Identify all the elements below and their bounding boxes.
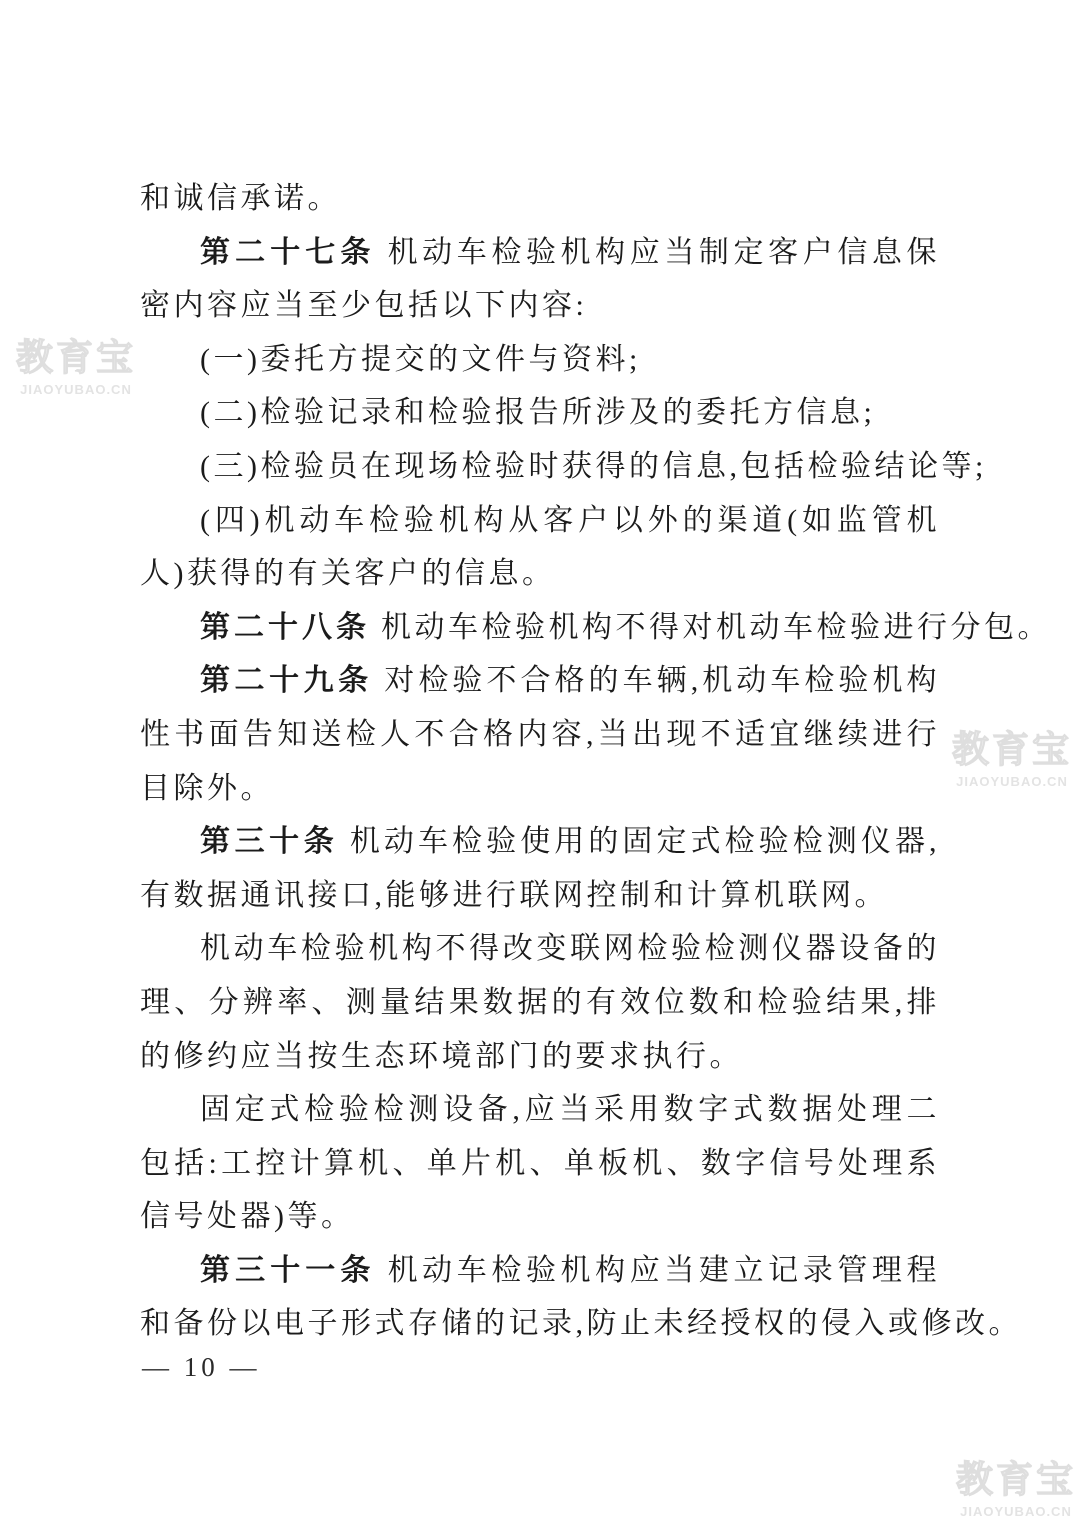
page-number: — 10 — bbox=[142, 1352, 261, 1383]
watermark-cn-text: 教育宝 bbox=[6, 327, 146, 381]
document-body: 和诚信承诺。第二十七条 机动车检验机构应当制定客户信息保密制度,保密内容应当至少… bbox=[140, 172, 940, 1351]
text-line: (一)委托方提交的文件与资料; bbox=[140, 333, 940, 387]
text-line: (二)检验记录和检验报告所涉及的委托方信息; bbox=[140, 386, 940, 440]
text-line: 人)获得的有关客户的信息。 bbox=[140, 547, 940, 601]
watermark-cn-text: 教育宝 bbox=[942, 719, 1080, 773]
article-heading: 第三十条 bbox=[200, 825, 338, 858]
text-line: (三)检验员在现场检验时获得的信息,包括检验结论等; bbox=[140, 440, 940, 494]
text-line: 包括:工控计算机、单片机、单板机、数字信号处理系统(DSP 数字 bbox=[140, 1137, 940, 1191]
watermark-bottom: 教育宝 JIAOYUBAO.CN bbox=[946, 1449, 1080, 1519]
text-line: 第二十七条 机动车检验机构应当制定客户信息保密制度,保 bbox=[140, 226, 940, 280]
text-line: 有数据通讯接口,能够进行联网控制和计算机联网。 bbox=[140, 869, 940, 923]
text-line: 和诚信承诺。 bbox=[140, 172, 940, 226]
text-line: 性书面告知送检人不合格内容,当出现不适宜继续进行检验的项 bbox=[140, 708, 940, 762]
text-line: 理、分辨率、测量结果数据的有效位数和检验结果,排放检验结果 bbox=[140, 976, 940, 1030]
text-line: 第二十九条 对检验不合格的车辆,机动车检验机构应当一次 bbox=[140, 654, 940, 708]
text-line: 第三十条 机动车检验使用的固定式检验检测仪器,应当具 bbox=[140, 815, 940, 869]
text-line: 目除外。 bbox=[140, 762, 940, 816]
text-line: 密内容应当至少包括以下内容: bbox=[140, 279, 940, 333]
watermark-cn-text: 教育宝 bbox=[946, 1449, 1080, 1503]
document-page: { "page": { "number_label": "— 10 —" }, … bbox=[0, 0, 1080, 1527]
text-line: 的修约应当按生态环境部门的要求执行。 bbox=[140, 1030, 940, 1084]
watermark-left: 教育宝 JIAOYUBAO.CN bbox=[6, 327, 146, 397]
article-heading: 第二十九条 bbox=[200, 664, 373, 697]
watermark-en-text: JIAOYUBAO.CN bbox=[942, 774, 1080, 789]
article-heading: 第二十八条 bbox=[200, 611, 370, 644]
watermark-en-text: JIAOYUBAO.CN bbox=[6, 382, 146, 397]
watermark-right: 教育宝 JIAOYUBAO.CN bbox=[942, 719, 1080, 789]
text-line: 机动车检验机构不得改变联网检验检测仪器设备的测试原 bbox=[140, 922, 940, 976]
text-line: 固定式检验检测设备,应当采用数字式数据处理二次仪表, bbox=[140, 1083, 940, 1137]
text-line: 第三十一条 机动车检验机构应当建立记录管理程序,保护 bbox=[140, 1244, 940, 1298]
watermark-en-text: JIAOYUBAO.CN bbox=[946, 1504, 1080, 1519]
text-line: 和备份以电子形式存储的记录,防止未经授权的侵入或修改。 bbox=[140, 1297, 940, 1351]
text-line: (四)机动车检验机构从客户以外的渠道(如监管机构、投诉 bbox=[140, 494, 940, 548]
article-heading: 第二十七条 bbox=[200, 236, 375, 269]
article-heading: 第三十一条 bbox=[200, 1254, 375, 1287]
text-line: 信号处器)等。 bbox=[140, 1190, 940, 1244]
text-line: 第二十八条 机动车检验机构不得对机动车检验进行分包。 bbox=[140, 601, 940, 655]
